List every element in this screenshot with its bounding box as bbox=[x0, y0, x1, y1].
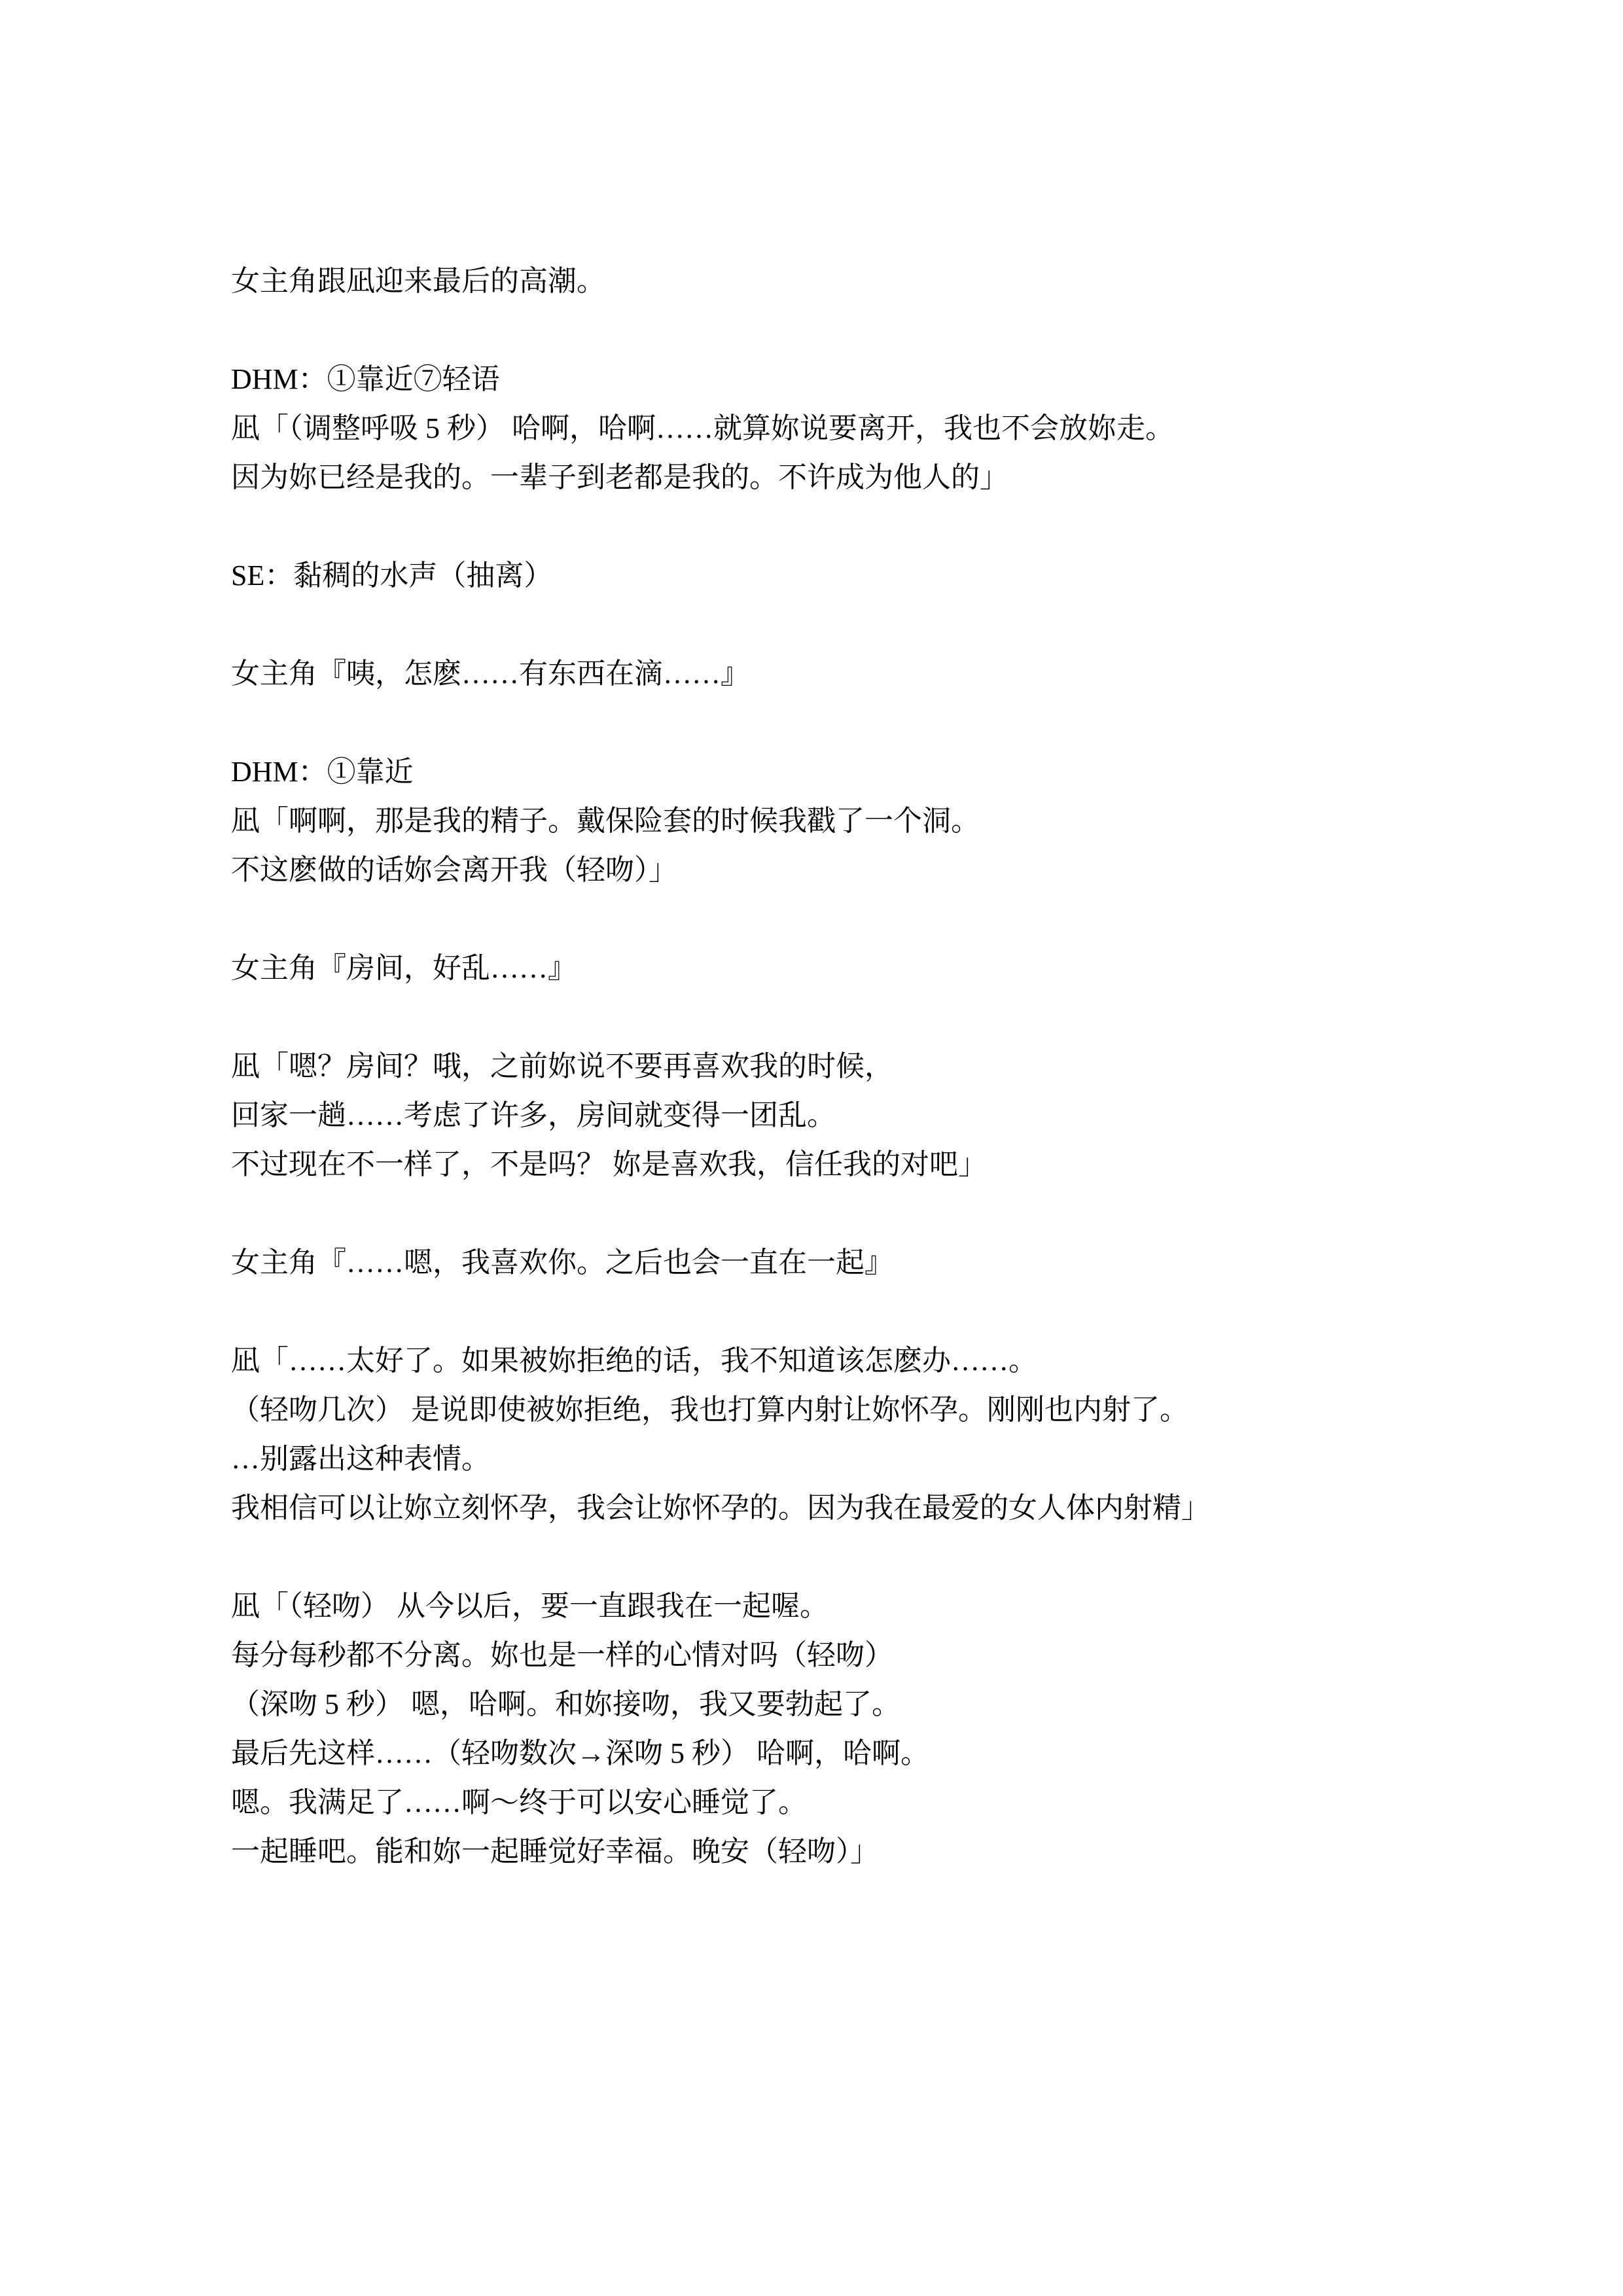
dialogue-line: 不过现在不一样了，不是吗？ 妳是喜欢我，信任我的对吧」 bbox=[231, 1140, 1492, 1189]
paragraph: 女主角『……嗯，我喜欢你。之后也会一直在一起』 bbox=[231, 1238, 1492, 1287]
dialogue-line: 不这麽做的话妳会离开我（轻吻）」 bbox=[231, 845, 1492, 894]
scene-note-line: 女主角跟凪迎来最后的高潮。 bbox=[231, 256, 1492, 306]
paragraph: 女主角跟凪迎来最后的高潮。 bbox=[231, 256, 1492, 306]
dialogue-line: …别露出这种表情。 bbox=[231, 1434, 1492, 1483]
paragraph: DHM：①靠近⑦轻语 凪「（调整呼吸 5 秒） 哈啊，哈啊……就算妳说要离开，我… bbox=[231, 355, 1492, 502]
dialogue-line: 凪「嗯？房间？哦，之前妳说不要再喜欢我的时候， bbox=[231, 1042, 1492, 1091]
dialogue-line: 因为妳已经是我的。一辈子到老都是我的。不许成为他人的」 bbox=[231, 453, 1492, 502]
dialogue-line: 凪「啊啊，那是我的精子。戴保险套的时候我戳了一个洞。 bbox=[231, 796, 1492, 845]
dialogue-line: 回家一趟……考虑了许多，房间就变得一团乱。 bbox=[231, 1091, 1492, 1140]
dialogue-line: 女主角『房间，好乱……』 bbox=[231, 944, 1492, 993]
dialogue-line: 我相信可以让妳立刻怀孕，我会让妳怀孕的。因为我在最爱的女人体内射精」 bbox=[231, 1483, 1492, 1532]
paragraph: 凪「（轻吻） 从今以后，要一直跟我在一起喔。 每分每秒都不分离。妳也是一样的心情… bbox=[231, 1581, 1492, 1876]
dhm-cue-line: DHM：①靠近 bbox=[231, 747, 1492, 796]
paragraph: 凪「嗯？房间？哦，之前妳说不要再喜欢我的时候， 回家一趟……考虑了许多，房间就变… bbox=[231, 1042, 1492, 1189]
dialogue-line: 凪「（调整呼吸 5 秒） 哈啊，哈啊……就算妳说要离开，我也不会放妳走。 bbox=[231, 404, 1492, 453]
dialogue-line: 凪「（轻吻） 从今以后，要一直跟我在一起喔。 bbox=[231, 1581, 1492, 1631]
dialogue-line: 女主角『……嗯，我喜欢你。之后也会一直在一起』 bbox=[231, 1238, 1492, 1287]
dialogue-line: 嗯。我满足了……啊～终于可以安心睡觉了。 bbox=[231, 1778, 1492, 1827]
script-text: 女主角跟凪迎来最后的高潮。 DHM：①靠近⑦轻语 凪「（调整呼吸 5 秒） 哈啊… bbox=[231, 256, 1492, 1876]
dialogue-line: 每分每秒都不分离。妳也是一样的心情对吗（轻吻） bbox=[231, 1631, 1492, 1680]
dialogue-line: （深吻 5 秒） 嗯，哈啊。和妳接吻，我又要勃起了。 bbox=[231, 1680, 1492, 1729]
paragraph: 女主角『房间，好乱……』 bbox=[231, 944, 1492, 993]
paragraph: 女主角『咦，怎麽……有东西在滴……』 bbox=[231, 649, 1492, 698]
dhm-cue-line: DHM：①靠近⑦轻语 bbox=[231, 355, 1492, 404]
paragraph: 凪「……太好了。如果被妳拒绝的话，我不知道该怎麽办……。 （轻吻几次） 是说即使… bbox=[231, 1336, 1492, 1532]
document-page: 女主角跟凪迎来最后的高潮。 DHM：①靠近⑦轻语 凪「（调整呼吸 5 秒） 哈啊… bbox=[0, 0, 1623, 2296]
dialogue-line: 最后先这样……（轻吻数次→深吻 5 秒） 哈啊，哈啊。 bbox=[231, 1729, 1492, 1778]
dialogue-line: （轻吻几次） 是说即使被妳拒绝，我也打算内射让妳怀孕。刚刚也内射了。 bbox=[231, 1385, 1492, 1434]
paragraph: DHM：①靠近 凪「啊啊，那是我的精子。戴保险套的时候我戳了一个洞。 不这麽做的… bbox=[231, 747, 1492, 894]
dialogue-line: 一起睡吧。能和妳一起睡觉好幸福。晚安（轻吻）」 bbox=[231, 1827, 1492, 1876]
dialogue-line: 凪「……太好了。如果被妳拒绝的话，我不知道该怎麽办……。 bbox=[231, 1336, 1492, 1385]
dialogue-line: 女主角『咦，怎麽……有东西在滴……』 bbox=[231, 649, 1492, 698]
paragraph: SE：黏稠的水声（抽离） bbox=[231, 551, 1492, 600]
se-cue-line: SE：黏稠的水声（抽离） bbox=[231, 551, 1492, 600]
